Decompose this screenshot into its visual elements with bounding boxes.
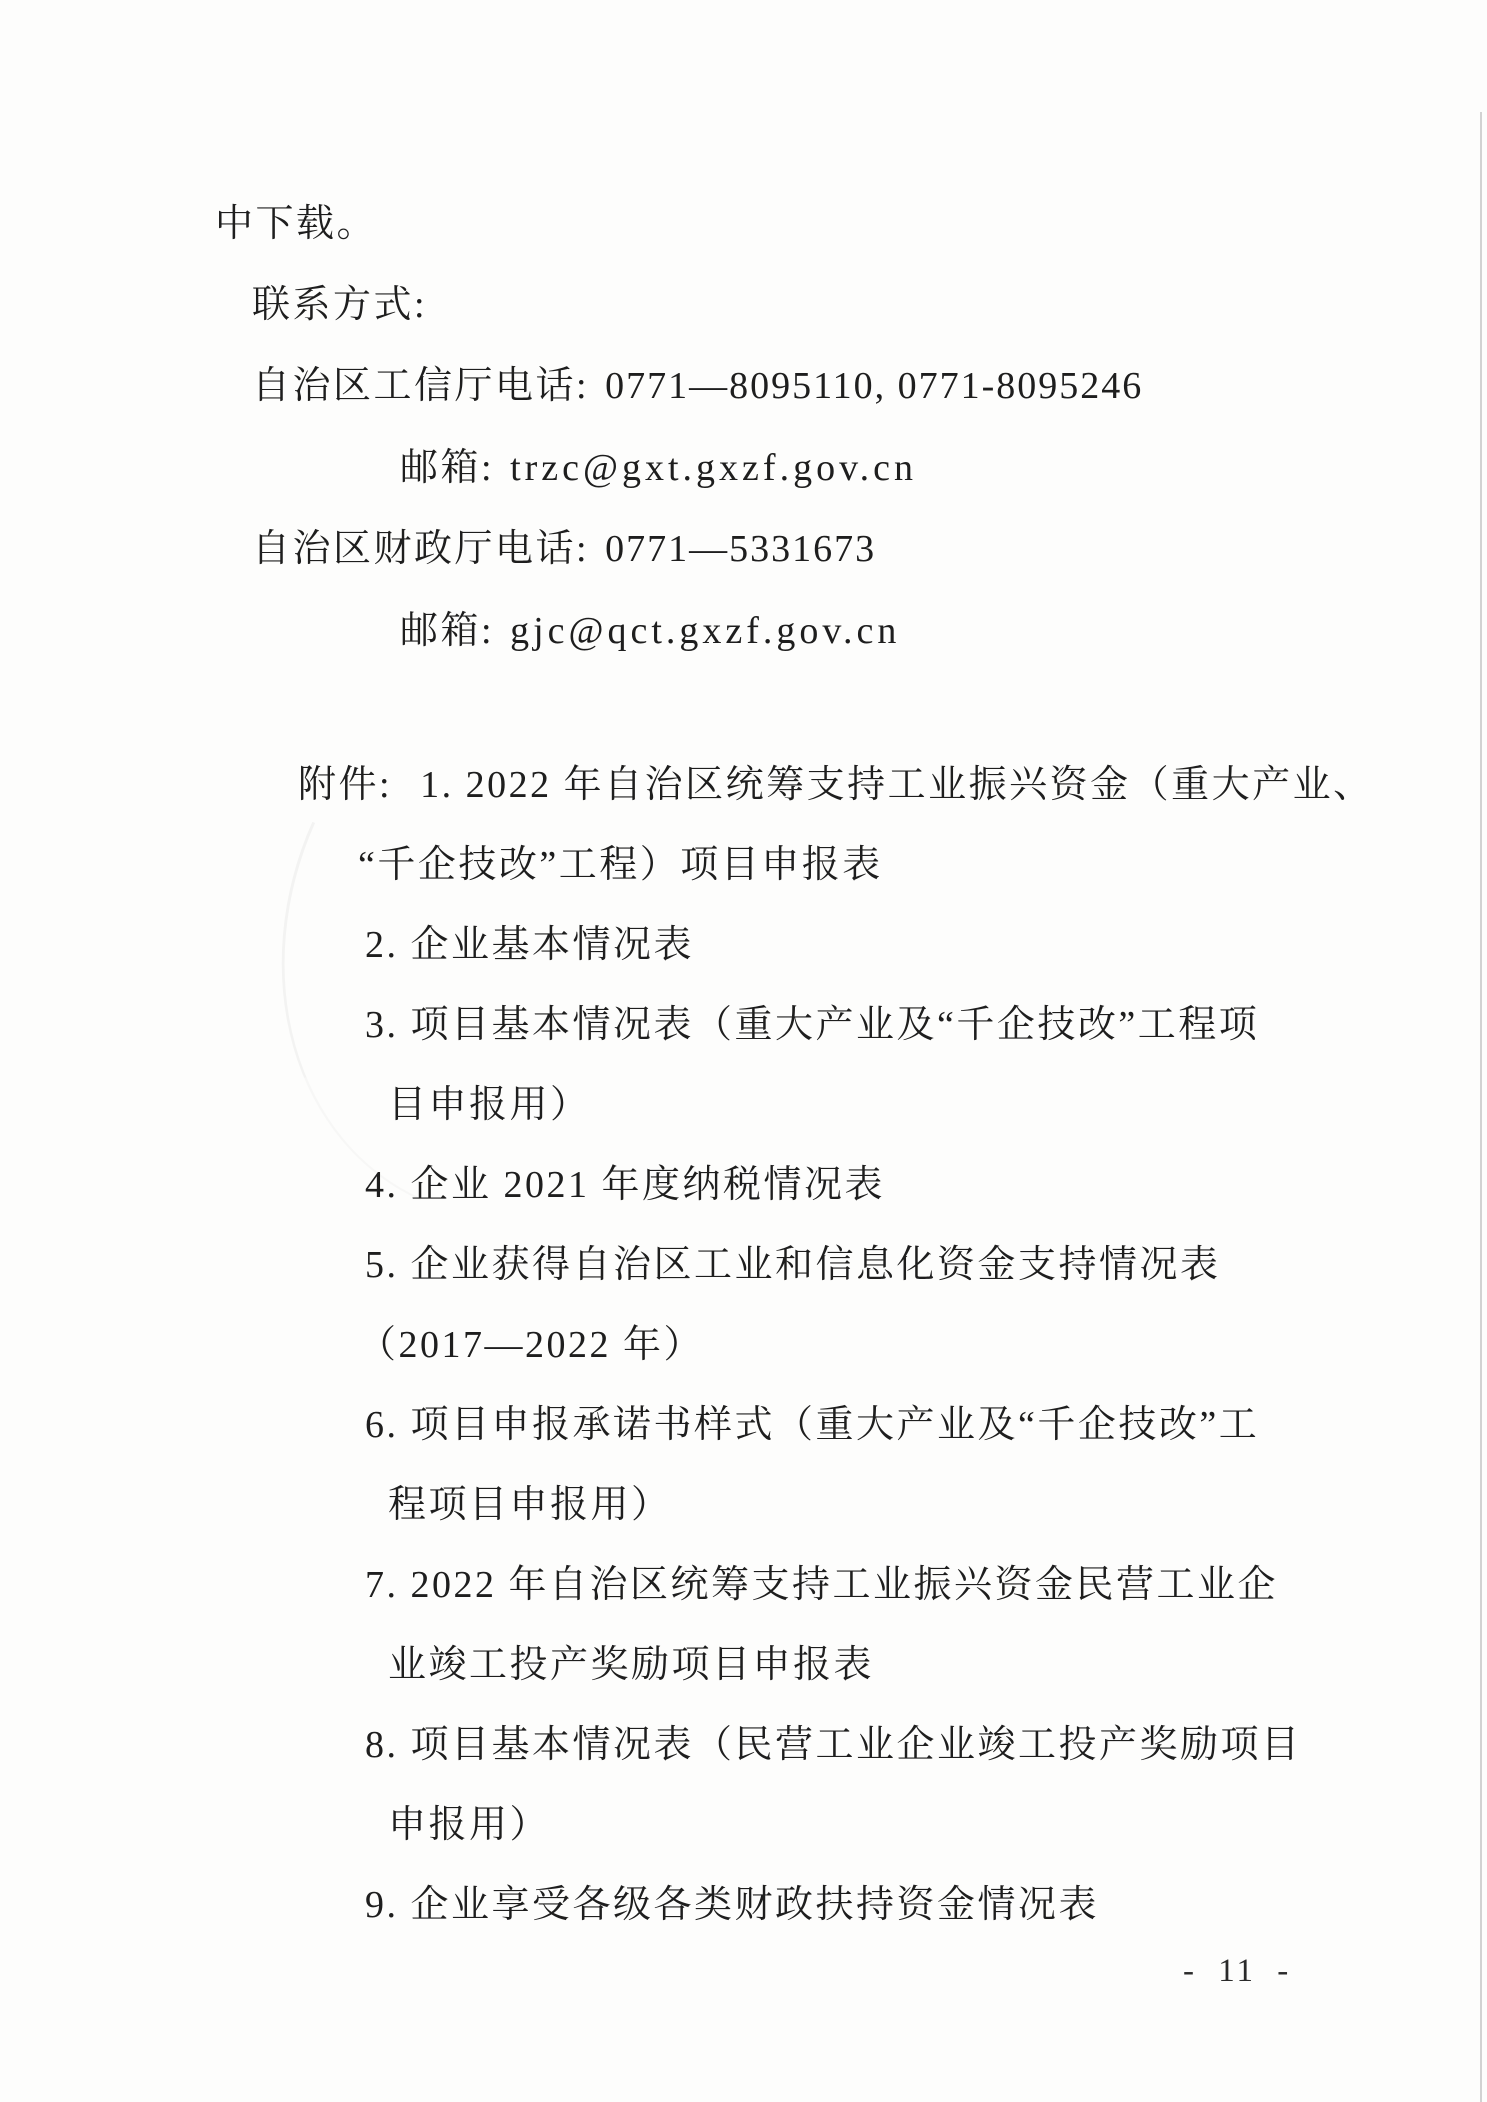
phone-numbers: 0771—5331673 [605, 528, 876, 570]
attachment-line: （2017—2022 年） [358, 1323, 704, 1369]
attachment-item-text: 7. 2022 年自治区统筹支持工业振兴资金民营工业企 [365, 1564, 1278, 1606]
attachment-line: 6. 项目申报承诺书样式（重大产业及“千企技改”工 [365, 1403, 1259, 1449]
attachment-item-text: “千企技改”工程）项目申报表 [358, 844, 883, 886]
attachment-item-text: 4. 企业 2021 年度纳税情况表 [365, 1164, 885, 1206]
attachment-line: 9. 企业享受各级各类财政扶持资金情况表 [365, 1883, 1099, 1929]
contact-email-line: 邮箱:trzc@gxt.gxzf.gov.cn [400, 446, 917, 492]
attachment-item-text: 5. 企业获得自治区工业和信息化资金支持情况表 [365, 1244, 1221, 1286]
attachments-label: 附件: [298, 764, 392, 806]
attachment-line: 7. 2022 年自治区统筹支持工业振兴资金民营工业企 [365, 1563, 1278, 1609]
attachment-item-text: 9. 企业享受各级各类财政扶持资金情况表 [365, 1884, 1099, 1926]
email-address: gjc@qct.gxzf.gov.cn [510, 610, 900, 652]
attachment-line: “千企技改”工程）项目申报表 [358, 843, 883, 889]
attachment-item-text: 业竣工投产奖励项目申报表 [388, 1644, 874, 1686]
attachment-line: 附件:1. 2022 年自治区统筹支持工业振兴资金（重大产业、 [298, 763, 1374, 809]
contact-heading: 联系方式: [252, 283, 427, 329]
attachment-line: 2. 企业基本情况表 [365, 923, 694, 969]
email-label: 邮箱: [400, 447, 494, 489]
attachment-line: 业竣工投产奖励项目申报表 [388, 1643, 874, 1689]
attachment-line: 4. 企业 2021 年度纳税情况表 [365, 1163, 885, 1209]
scan-edge-line [1480, 112, 1482, 2102]
attachment-line: 程项目申报用） [388, 1483, 672, 1529]
page-number: - 11 - [1183, 1953, 1291, 1990]
attachment-item-text: 目申报用） [388, 1084, 591, 1126]
attachment-line: 目申报用） [388, 1083, 591, 1129]
contact-label: 自治区工信厅电话: [252, 365, 589, 407]
attachment-item-text: 1. 2022 年自治区统筹支持工业振兴资金（重大产业、 [420, 764, 1374, 806]
attachment-item-text: 3. 项目基本情况表（重大产业及“千企技改”工程项 [365, 1004, 1259, 1046]
attachment-item-text: （2017—2022 年） [358, 1324, 704, 1366]
attachment-line: 5. 企业获得自治区工业和信息化资金支持情况表 [365, 1243, 1221, 1289]
email-address: trzc@gxt.gxzf.gov.cn [510, 447, 917, 489]
attachment-line: 8. 项目基本情况表（民营工业企业竣工投产奖励项目 [365, 1723, 1302, 1769]
contact-email-line: 邮箱:gjc@qct.gxzf.gov.cn [400, 609, 900, 655]
email-label: 邮箱: [400, 610, 494, 652]
intro-text: 中下载。 [215, 202, 377, 248]
contact-label: 自治区财政厅电话: [252, 528, 589, 570]
attachment-item-text: 程项目申报用） [388, 1484, 672, 1526]
document-page: 中下载。 联系方式: 自治区工信厅电话:0771—8095110, 0771-8… [0, 0, 1487, 2102]
attachment-item-text: 申报用） [388, 1804, 550, 1846]
attachment-line: 申报用） [388, 1803, 550, 1849]
attachment-line: 3. 项目基本情况表（重大产业及“千企技改”工程项 [365, 1003, 1259, 1049]
contact-phone-line: 自治区工信厅电话:0771—8095110, 0771-8095246 [252, 364, 1143, 410]
contact-phone-line: 自治区财政厅电话:0771—5331673 [252, 527, 876, 573]
attachment-item-text: 2. 企业基本情况表 [365, 924, 694, 966]
phone-numbers: 0771—8095110, 0771-8095246 [605, 365, 1143, 407]
attachment-item-text: 8. 项目基本情况表（民营工业企业竣工投产奖励项目 [365, 1724, 1302, 1766]
attachment-item-text: 6. 项目申报承诺书样式（重大产业及“千企技改”工 [365, 1404, 1259, 1446]
